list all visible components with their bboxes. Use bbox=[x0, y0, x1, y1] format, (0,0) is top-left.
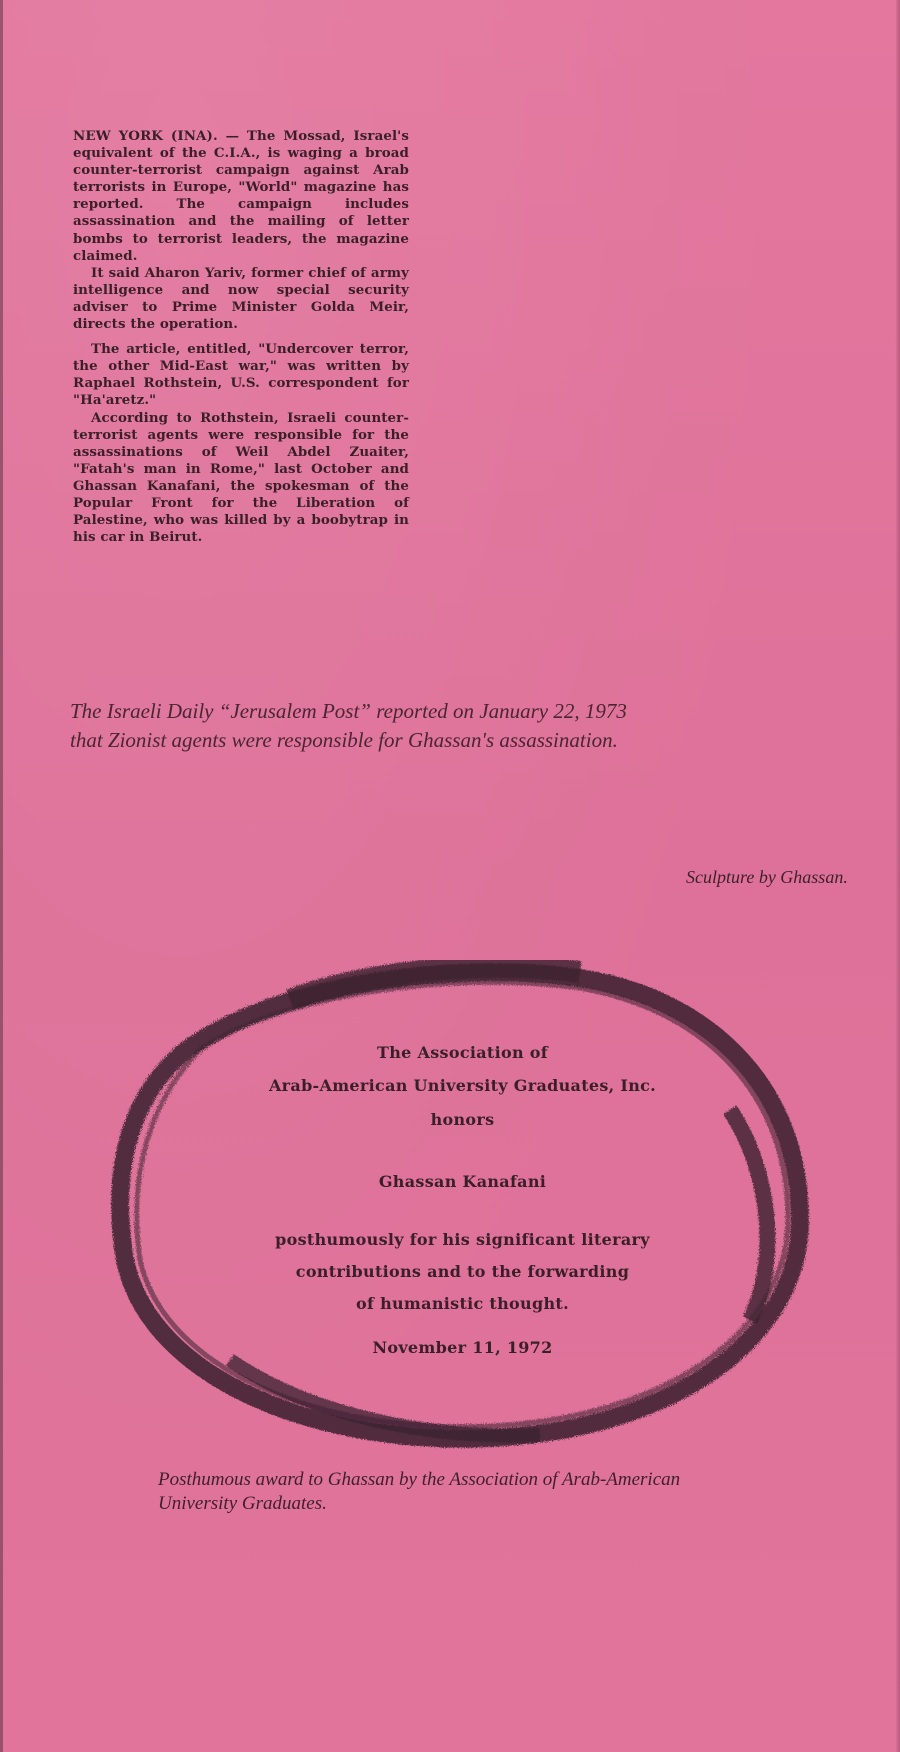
award-line: posthumously for his significant literar… bbox=[110, 1230, 815, 1249]
award-certificate: The Association of Arab-American Univers… bbox=[110, 960, 815, 1460]
award-org-name: Arab-American University Graduates, Inc. bbox=[110, 1076, 815, 1095]
jerusalem-post-caption: The Israeli Daily “Jerusalem Post” repor… bbox=[70, 697, 770, 755]
news-paragraph: According to Rothstein, Israeli counter-… bbox=[73, 410, 409, 547]
award-line: contributions and to the forwarding bbox=[110, 1262, 815, 1281]
news-paragraph: NEW YORK (INA). — The Mossad, Israel's e… bbox=[73, 128, 409, 265]
caption-line: that Zionist agents were responsible for… bbox=[70, 726, 770, 755]
honoree-name: Ghassan Kanafani bbox=[110, 1172, 815, 1191]
brush-oval-frame bbox=[110, 960, 815, 1460]
award-caption: Posthumous award to Ghassan by the Assoc… bbox=[158, 1468, 798, 1516]
document-page: NEW YORK (INA). — The Mossad, Israel's e… bbox=[0, 0, 900, 1752]
caption-line: University Graduates. bbox=[158, 1492, 798, 1516]
page-edge-left bbox=[0, 0, 3, 1752]
caption-line: Posthumous award to Ghassan by the Assoc… bbox=[158, 1468, 798, 1492]
news-paragraph: The article, entitled, "Undercover terro… bbox=[73, 341, 409, 409]
caption-line: The Israeli Daily “Jerusalem Post” repor… bbox=[70, 697, 770, 726]
news-paragraph: It said Aharon Yariv, former chief of ar… bbox=[73, 265, 409, 333]
news-clipping: NEW YORK (INA). — The Mossad, Israel's e… bbox=[73, 128, 409, 546]
award-line: of humanistic thought. bbox=[110, 1294, 815, 1313]
sculpture-caption: Sculpture by Ghassan. bbox=[686, 867, 848, 888]
award-line: honors bbox=[110, 1110, 815, 1129]
award-line: The Association of bbox=[110, 1043, 815, 1062]
page-edge-right bbox=[896, 0, 900, 1752]
award-date: November 11, 1972 bbox=[110, 1338, 815, 1357]
